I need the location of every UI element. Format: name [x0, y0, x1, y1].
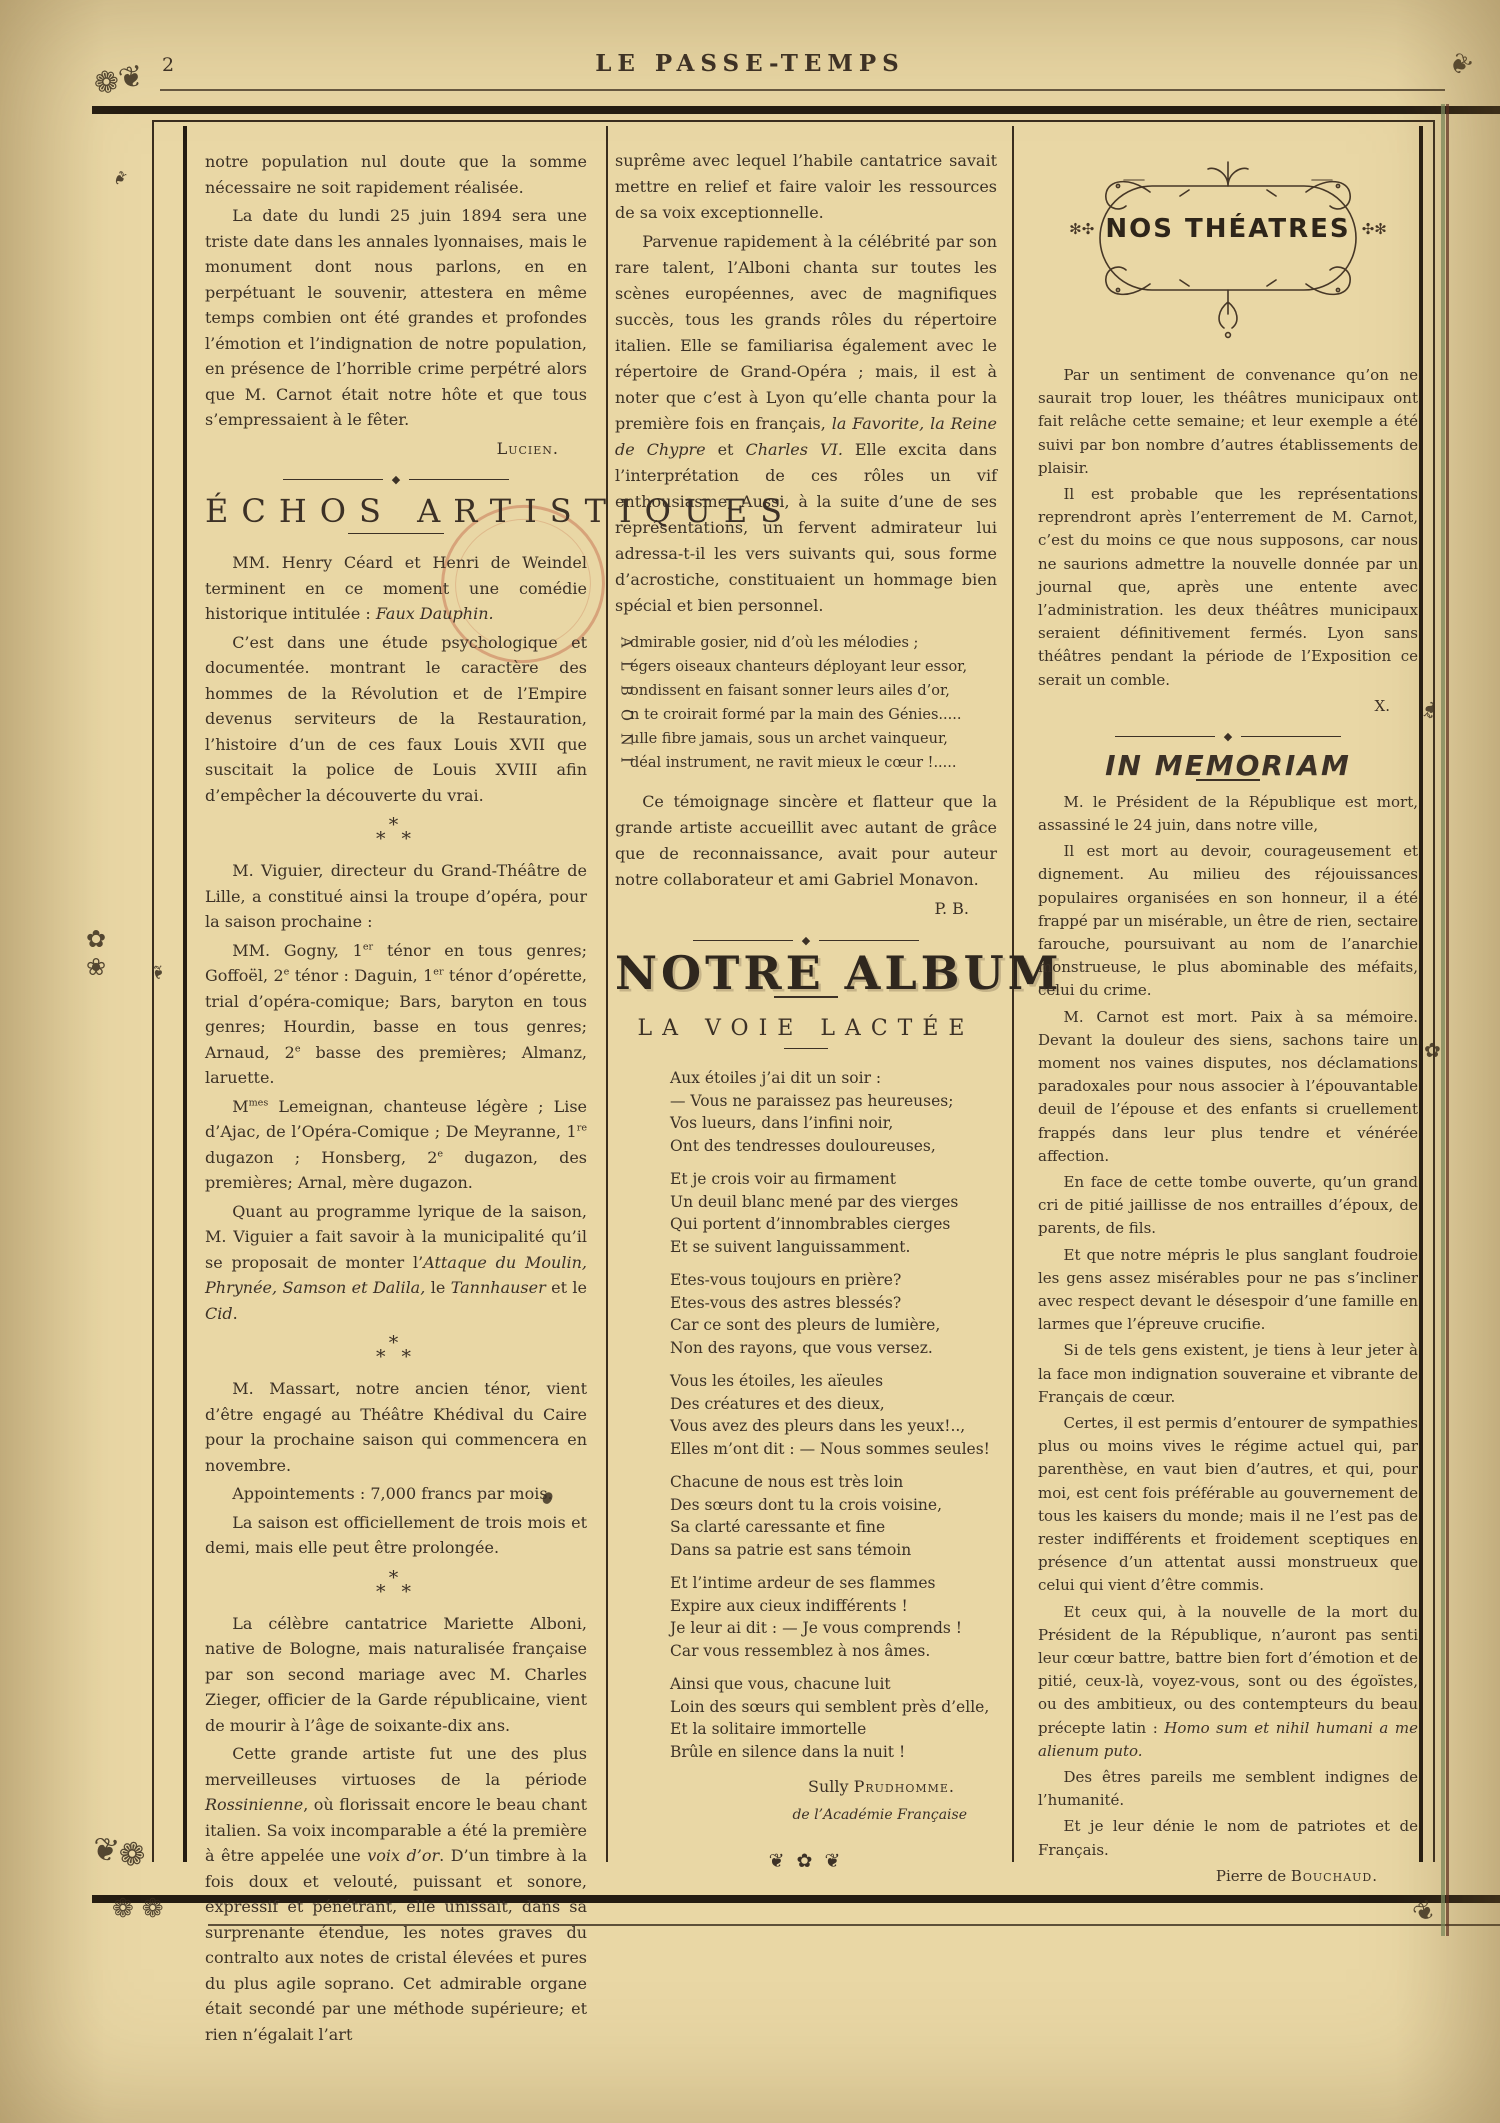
poem-stanza: Chacune de nous est très loinDes sœurs d… — [670, 1471, 997, 1561]
article-paragraph: M. le Président de la République est mor… — [1038, 791, 1418, 837]
poem-line: Expire aux cieux indifférents ! — [670, 1595, 997, 1618]
poem-author-subtitle: de l’Académie Française — [615, 1802, 997, 1828]
poem-line: Je leur ai dit : — Je vous comprends ! — [670, 1617, 997, 1640]
right-outer-rule — [1433, 120, 1435, 1862]
poem-la-voie-lactee: Aux étoiles j’ai dit un soir :— Vous ne … — [670, 1067, 997, 1763]
article-paragraph: MM. Henry Céard et Henri de Weindel term… — [205, 550, 587, 627]
poem-line: Car vous ressemblez à nos âmes. — [670, 1640, 997, 1663]
asterism-divider: ** * — [205, 1336, 587, 1364]
poem-line: Etes-vous toujours en prière? — [670, 1269, 997, 1292]
poem-stanza: Vous les étoiles, les aïeulesDes créatur… — [670, 1370, 997, 1460]
poem-line: Légers oiseaux chanteurs déployant leur … — [617, 655, 997, 679]
poem-stanza: Et je crois voir au firmamentUn deuil bl… — [670, 1168, 997, 1258]
section-title-nos-theatres: ✻✣ NOS THÉATRES ✣✻ — [1058, 218, 1398, 244]
article-paragraph: Parvenue rapidement à la célébrité par s… — [615, 229, 997, 619]
page-edge-green-stripe — [1441, 104, 1445, 1936]
section-title-notre-album: NOTRE ALBUM — [615, 960, 997, 986]
margin-ornament-leaf-icon: ❧ — [108, 166, 133, 190]
article-paragraph: Cette grande artiste fut une des plus me… — [205, 1741, 587, 2047]
left-outer-rule — [152, 120, 154, 1862]
article-paragraph: C’est dans une étude psychologique et do… — [205, 630, 587, 809]
poem-line: Non des rayons, que vous versez. — [670, 1337, 997, 1360]
page-edge-maroon-stripe — [1446, 104, 1449, 1936]
poem-stanza: Aux étoiles j’ai dit un soir :— Vous ne … — [670, 1067, 997, 1157]
section-title-in-memoriam: IN MEMORIAM — [1038, 754, 1418, 777]
cartouche-frame-icon — [1058, 150, 1398, 342]
poem-line: Idéal instrument, ne ravit mieux le cœur… — [617, 751, 997, 775]
article-paragraph: La saison est officiellement de trois mo… — [205, 1510, 587, 1561]
article-paragraph: Et ceux qui, à la nouvelle de la mort du… — [1038, 1601, 1418, 1763]
article-paragraph: Appointements : 7,000 francs par mois. — [205, 1481, 587, 1507]
poem-line: Et je crois voir au firmament — [670, 1168, 997, 1191]
poem-line: Vos lueurs, dans l’infini noir, — [670, 1112, 997, 1135]
poem-line: Aux étoiles j’ai dit un soir : — [670, 1067, 997, 1090]
poem-stanza: Et l’intime ardeur de ses flammesExpire … — [670, 1572, 997, 1662]
poem-line: Et l’intime ardeur de ses flammes — [670, 1572, 997, 1595]
article-paragraph: M. Viguier, directeur du Grand-Théâtre d… — [205, 858, 587, 935]
acrostic-poem: Admirable gosier, nid d’où les mélodies … — [617, 631, 997, 775]
article-paragraph: Et que notre mépris le plus sanglant fou… — [1038, 1244, 1418, 1337]
article-paragraph: Quant au programme lyrique de la saison,… — [205, 1199, 587, 1327]
poem-line: Vous les étoiles, les aïeules — [670, 1370, 997, 1393]
article-signature: X. — [1038, 695, 1418, 718]
poem-line: Et se suivent languissamment. — [670, 1236, 997, 1259]
poem-line: Des sœurs dont tu la crois voisine, — [670, 1494, 997, 1517]
section-title-echos-artistiques: ÉCHOS ARTISTIQUES — [205, 499, 587, 525]
poem-line: On te croirait formé par la main des Gén… — [617, 703, 997, 727]
corner-ornament-bottom-left-icon: ❦❁ — [90, 1832, 148, 1873]
right-inner-rule — [1419, 126, 1423, 1862]
section-divider: ◆ — [615, 935, 997, 946]
cartouche-star-left-icon: ✻✣ — [1069, 220, 1094, 238]
poem-line: Des créatures et des dieux, — [670, 1393, 997, 1416]
article-paragraph: En face de cette tombe ouverte, qu’un gr… — [1038, 1171, 1418, 1241]
top-thick-bar — [92, 106, 1500, 114]
poem-line: — Vous ne paraissez pas heureuses; — [670, 1090, 997, 1113]
poem-line: Ainsi que vous, chacune luit — [670, 1673, 997, 1696]
diamond-icon: ◆ — [802, 935, 810, 946]
poem-line: Vous avez des pleurs dans les yeux!.., — [670, 1415, 997, 1438]
poem-line: Etes-vous des astres blessés? — [670, 1292, 997, 1315]
article-paragraph: suprême avec lequel l’habile cantatrice … — [615, 148, 997, 226]
article-paragraph: Il est mort au devoir, courageusement et… — [1038, 840, 1418, 1002]
poem-line: Car ce sont des pleurs de lumière, — [670, 1314, 997, 1337]
column-1: notre population nul doute que la somme … — [205, 149, 587, 2050]
article-paragraph: M. Carnot est mort. Paix à sa mémoire. D… — [1038, 1006, 1418, 1168]
article-paragraph: Ce témoignage sincère et flatteur que la… — [615, 789, 997, 893]
newspaper-page: 2 LE PASSE-TEMPS ❁❦ ❧ ✿❀ ❧ ❦❁ ❁❁ ❦ ❧ ✿ ❦… — [0, 0, 1500, 2123]
poem-line: Sa clarté caressante et fine — [670, 1516, 997, 1539]
top-inner-rule — [152, 120, 1435, 122]
column-separator-1 — [606, 126, 608, 1862]
margin-ornament-leaf2-icon: ❧ — [147, 962, 170, 982]
end-flourish-icon: ❦ ✿ ❦ — [615, 1848, 997, 1874]
diamond-icon: ◆ — [1224, 731, 1232, 742]
article-paragraph: Et je leur dénie le nom de patriotes et … — [1038, 1815, 1418, 1861]
poem-line: Admirable gosier, nid d’où les mélodies … — [617, 631, 997, 655]
section-divider: ◆ — [205, 474, 587, 485]
poem-line: Qui portent d’innombrables cierges — [670, 1213, 997, 1236]
article-paragraph: La célèbre cantatrice Mariette Alboni, n… — [205, 1611, 587, 1739]
bottom-rule-rosettes-icon: ❁❁ — [112, 1896, 172, 1922]
left-inner-rule — [183, 126, 187, 1862]
cartouche-star-right-icon: ✣✻ — [1362, 220, 1387, 238]
poem-line: Dans sa patrie est sans témoin — [670, 1539, 997, 1562]
article-paragraph: M. Massart, notre ancien ténor, vient d’… — [205, 1376, 587, 1478]
title-underline-rule — [160, 89, 1445, 91]
margin-ornament-flowers-icon: ✿❀ — [84, 925, 108, 981]
poem-line: Loin des sœurs qui semblent près d’elle, — [670, 1696, 997, 1719]
article-paragraph: Certes, il est permis d’entourer de symp… — [1038, 1412, 1418, 1598]
heading-rule — [784, 1048, 828, 1050]
poem-line: Et la solitaire immortelle — [670, 1718, 997, 1741]
article-signature: Lucien. — [205, 436, 587, 462]
poem-line: Nulle fibre jamais, sous un archet vainq… — [617, 727, 997, 751]
article-signature: P. B. — [615, 896, 997, 922]
article-paragraph: Si de tels gens existent, je tiens à leu… — [1038, 1339, 1418, 1409]
corner-ornament-top-left-icon: ❁❦ — [91, 61, 146, 101]
article-paragraph: La date du lundi 25 juin 1894 sera une t… — [205, 203, 587, 433]
asterism-divider: ** * — [205, 818, 587, 846]
poem-stanza: Ainsi que vous, chacune luitLoin des sœu… — [670, 1673, 997, 1763]
diamond-icon: ◆ — [392, 474, 400, 485]
column-2: suprême avec lequel l’habile cantatrice … — [615, 148, 997, 1874]
poem-line: Ont des tendresses douloureuses, — [670, 1135, 997, 1158]
poem-line: Un deuil blanc mené par des vierges — [670, 1191, 997, 1214]
article-paragraph: Des êtres pareils me semblent indignes d… — [1038, 1766, 1418, 1812]
poem-line: Chacune de nous est très loin — [670, 1471, 997, 1494]
article-paragraph: notre population nul doute que la somme … — [205, 149, 587, 200]
poem-line: Bondissent en faisant sonner leurs ailes… — [617, 679, 997, 703]
nos-theatres-cartouche: ✻✣ NOS THÉATRES ✣✻ — [1058, 150, 1398, 342]
margin-ornament-right-icon: ❧ — [1416, 698, 1443, 722]
poem-line: Brûle en silence dans la nuit ! — [670, 1741, 997, 1764]
article-paragraph: Il est probable que les représentations … — [1038, 483, 1418, 692]
poem-stanza: Etes-vous toujours en prière?Etes-vous d… — [670, 1269, 997, 1359]
poem-author: Sully Prudhomme. — [615, 1774, 997, 1800]
article-paragraph: Par un sentiment de convenance qu’on ne … — [1038, 364, 1418, 480]
article-paragraph: MM. Gogny, 1er ténor en tous genres; Gof… — [205, 938, 587, 1091]
article-signature: Pierre de Bouchaud. — [1038, 1865, 1418, 1888]
asterism-divider: ** * — [205, 1571, 587, 1599]
article-paragraph: Mmes Lemeignan, chanteuse légère ; Lise … — [205, 1094, 587, 1196]
poem-line: Elles m’ont dit : — Nous sommes seules! — [670, 1438, 997, 1461]
column-3: ✻✣ NOS THÉATRES ✣✻ Par un sentiment de c… — [1038, 148, 1418, 1891]
newspaper-title: LE PASSE-TEMPS — [0, 50, 1500, 77]
poem-title-la-voie-lactee: LA VOIE LACTÉE — [615, 1016, 997, 1042]
margin-ornament-right2-icon: ✿ — [1424, 1040, 1441, 1060]
section-divider: ◆ — [1038, 731, 1418, 742]
heading-rule — [348, 533, 444, 535]
